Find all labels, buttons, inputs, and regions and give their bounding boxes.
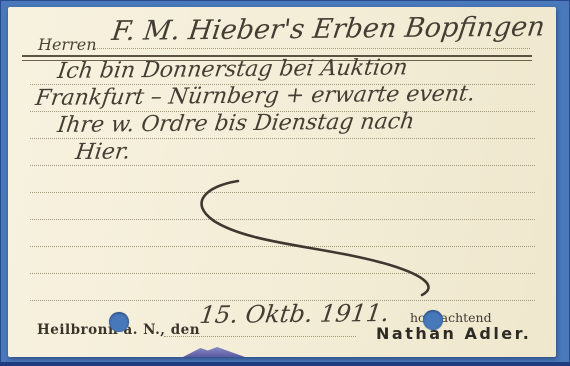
mount-corner-fragment xyxy=(183,347,245,357)
addressee-handwriting: F. M. Hieber's Erben Bopfingen xyxy=(110,11,547,47)
ruling-line xyxy=(30,165,535,166)
message-line-4: Hier. xyxy=(74,139,132,165)
addressee-ruling-line xyxy=(94,48,530,49)
punch-hole-right xyxy=(423,310,443,330)
mount-bottom-edge xyxy=(0,362,570,366)
date-ruling-line xyxy=(164,336,356,337)
signature-print: Nathan Adler. xyxy=(376,324,531,343)
postcard-photo: Herren F. M. Hieber's Erben Bopfingen Ic… xyxy=(0,0,570,366)
message-line-2: Frankfurt – Nürnberg + erwarte event. xyxy=(34,81,476,111)
ruling-line xyxy=(30,192,535,193)
ruling-line xyxy=(30,219,535,220)
ruling-line xyxy=(30,273,535,274)
date-handwriting: 15. Oktb. 1911. xyxy=(198,299,391,329)
punch-hole-left xyxy=(109,312,129,332)
message-line-3: Ihre w. Ordre bis Dienstag nach xyxy=(56,109,416,138)
ruling-line xyxy=(30,246,535,247)
salutation-label: Herren xyxy=(38,35,97,54)
postcard: Herren F. M. Hieber's Erben Bopfingen Ic… xyxy=(8,7,556,357)
message-line-1: Ich bin Donnerstag bei Auktion xyxy=(56,55,409,84)
